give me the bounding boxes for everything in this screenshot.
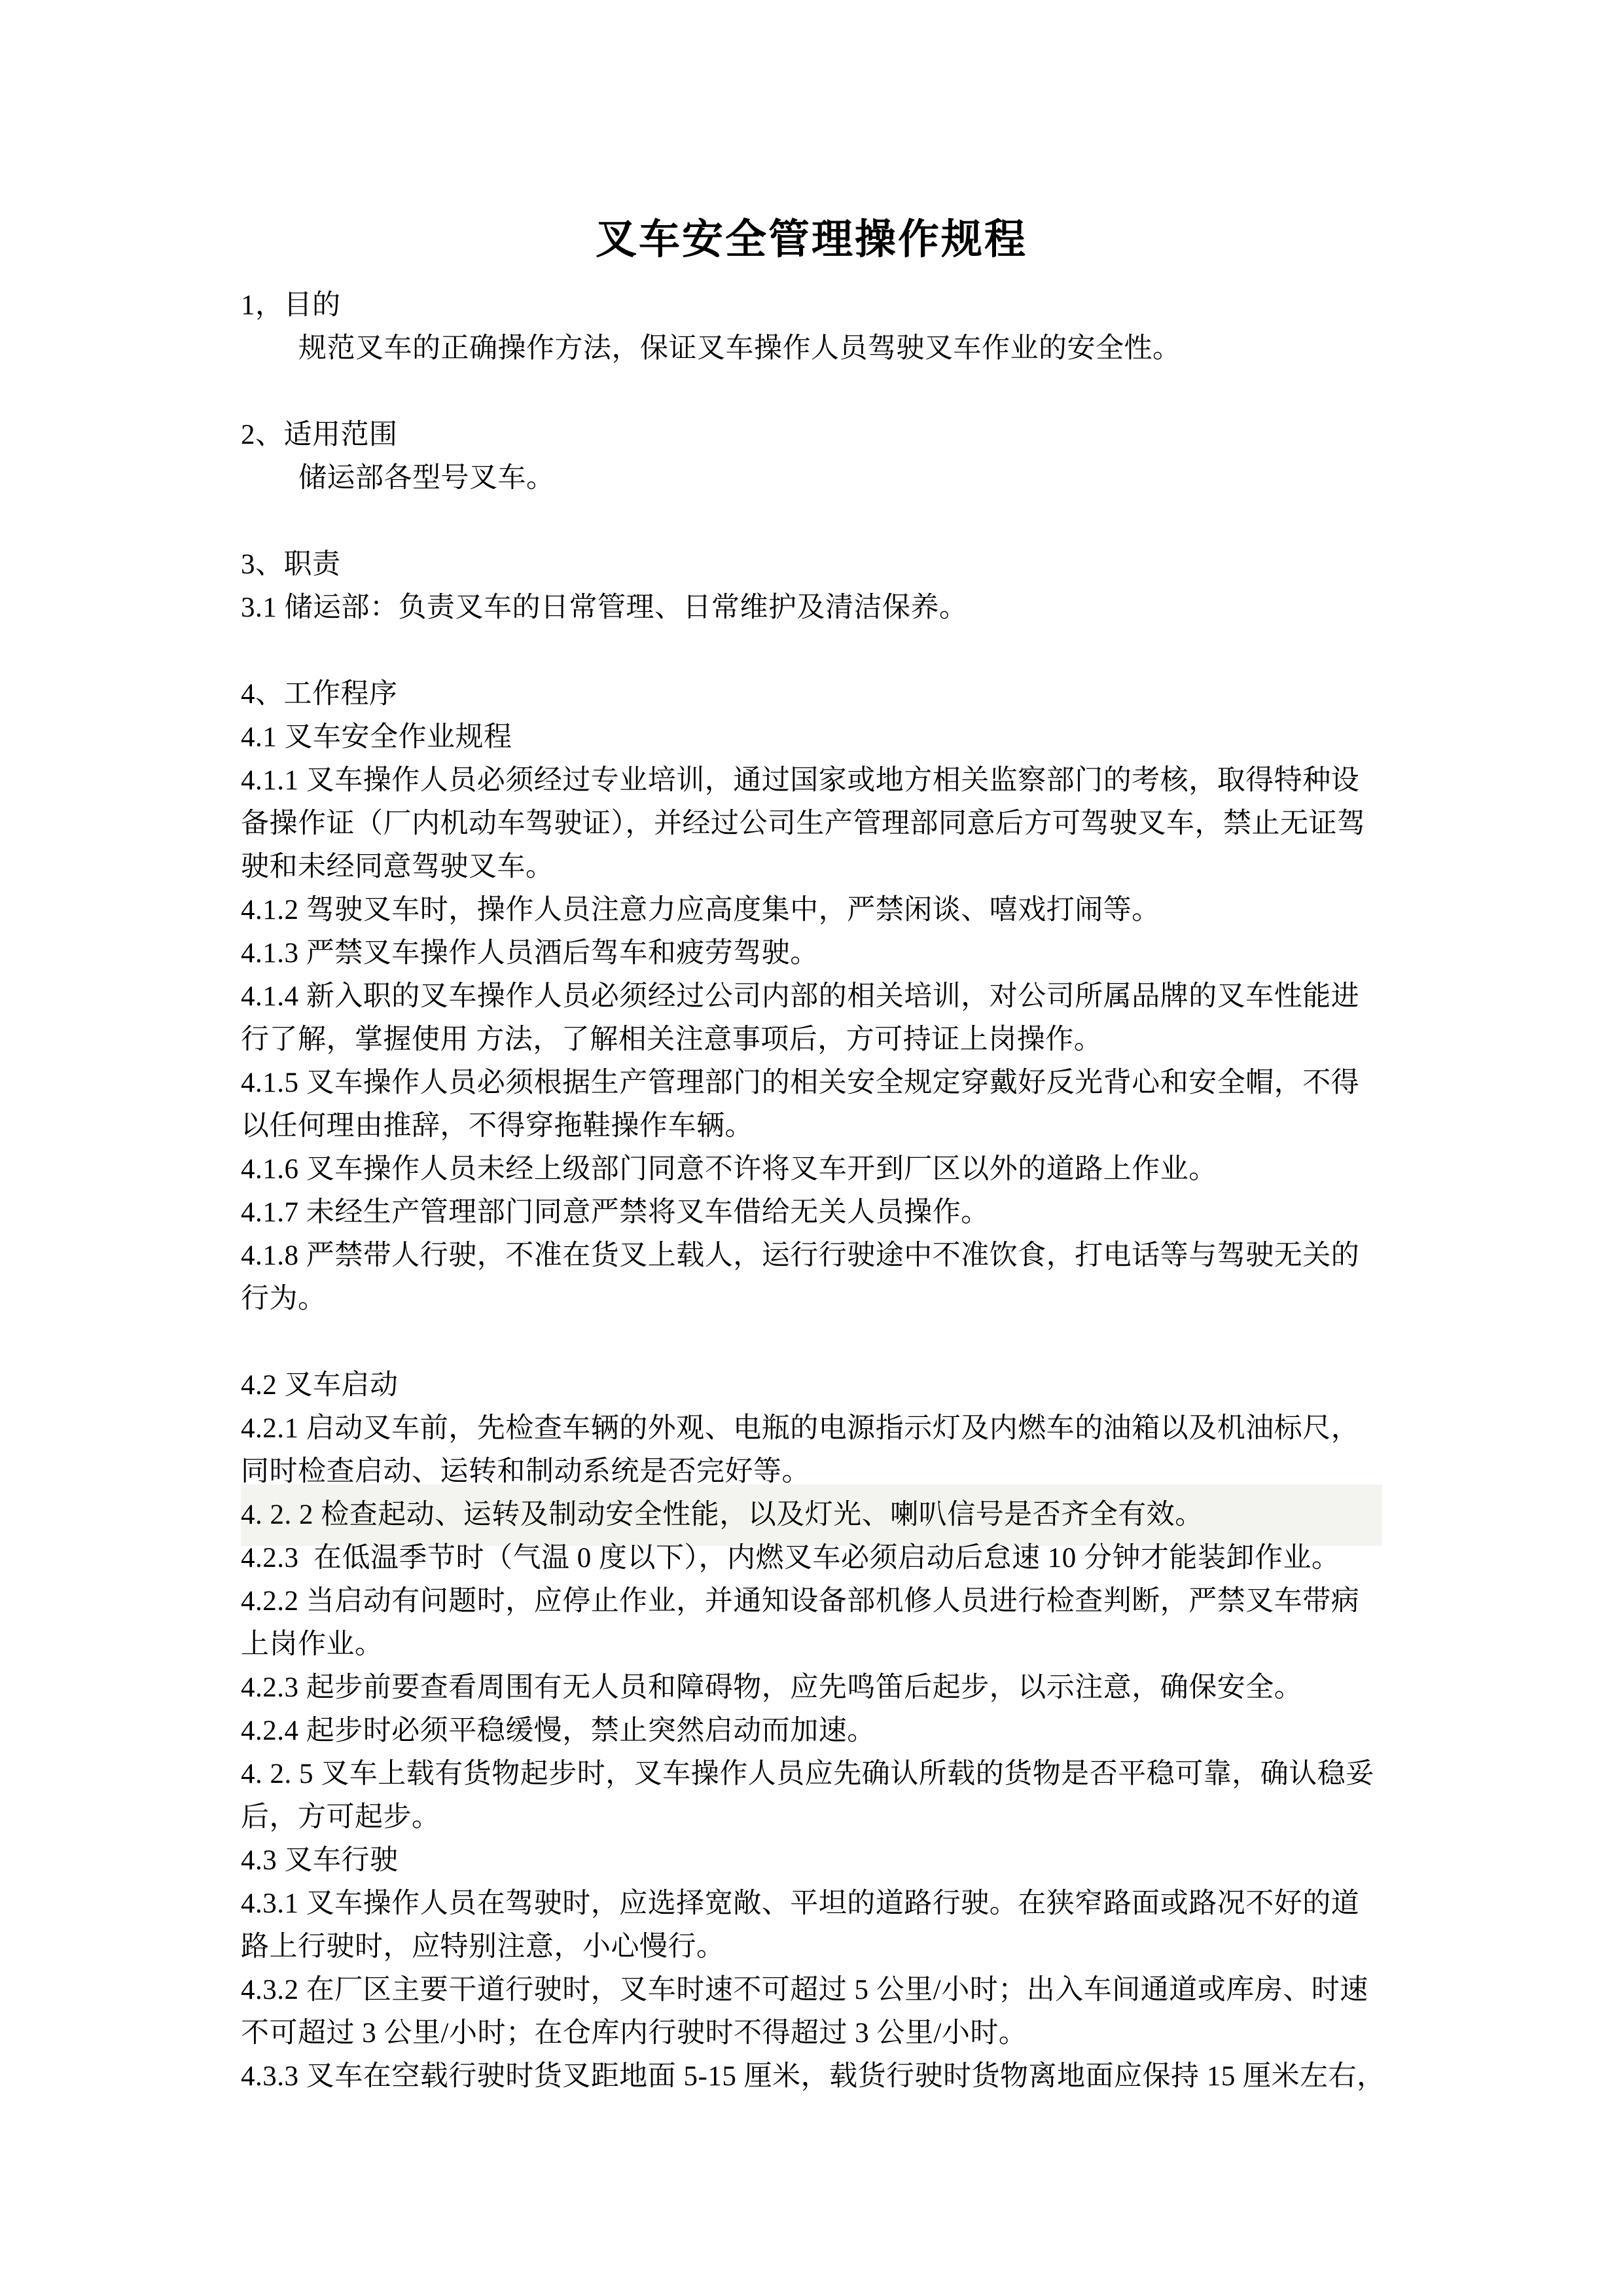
blank-line [241, 500, 1382, 543]
document-line: 4.1.7 未经生产管理部门同意严禁将叉车借给无关人员操作。 [241, 1191, 1382, 1234]
document-line: 4.1 叉车安全作业规程 [241, 716, 1382, 759]
document-line: 4、工作程序 [241, 673, 1382, 716]
document-line: 4.1.6 叉车操作人员未经上级部门同意不许将叉车开到厂区以外的道路上作业。 [241, 1148, 1382, 1191]
document-line: 4.2.3 起步前要查看周围有无人员和障碍物，应先鸣笛后起步，以示注意，确保安全… [241, 1666, 1382, 1710]
document-line: 4.1.3 严禁叉车操作人员酒后驾车和疲劳驾驶。 [241, 932, 1382, 975]
document-line: 4.2.2 当启动有问题时，应停止作业，并通知设备部机修人员进行检查判断，严禁叉… [241, 1580, 1382, 1623]
document-line: 上岗作业。 [241, 1623, 1382, 1666]
document-line: 4.1.8 严禁带人行驶，不准在货叉上载人，运行行驶途中不准饮食，打电话等与驾驶… [241, 1234, 1382, 1278]
document-line: 3、职责 [241, 543, 1382, 586]
document-line: 4.2.1 启动叉车前，先检查车辆的外观、电瓶的电源指示灯及内燃车的油箱以及机油… [241, 1407, 1382, 1450]
blank-line [241, 630, 1382, 673]
document-line: 储运部各型号叉车。 [241, 457, 1382, 500]
document-line: 4.1.4 新入职的叉车操作人员必须经过公司内部的相关培训，对公司所属品牌的叉车… [241, 975, 1382, 1018]
blank-line [241, 1321, 1382, 1364]
document-line: 行了解，掌握使用 方法，了解相关注意事项后，方可持证上岗操作。 [241, 1018, 1382, 1062]
document-title: 叉车安全管理操作规程 [241, 208, 1382, 271]
document-line: 规范叉车的正确操作方法，保证叉车操作人员驾驶叉车作业的安全性。 [241, 327, 1382, 370]
document-line: 3.1 储运部：负责叉车的日常管理、日常维护及清洁保养。 [241, 586, 1382, 630]
document-line: 4.3 叉车行驶 [241, 1839, 1382, 1882]
document-line: 4.2 叉车启动 [241, 1364, 1382, 1407]
document-page: 叉车安全管理操作规程 1，目的规范叉车的正确操作方法，保证叉车操作人员驾驶叉车作… [0, 0, 1623, 2296]
document-line: 路上行驶时，应特别注意，小心慢行。 [241, 1926, 1382, 1969]
document-line: 以任何理由推辞，不得穿拖鞋操作车辆。 [241, 1105, 1382, 1148]
document-line: 2、适用范围 [241, 414, 1382, 457]
document-line: 4.1.5 叉车操作人员必须根据生产管理部门的相关安全规定穿戴好反光背心和安全帽… [241, 1062, 1382, 1105]
document-line: 备操作证（厂内机动车驾驶证），并经过公司生产管理部同意后方可驾驶叉车，禁止无证驾 [241, 802, 1382, 846]
document-line: 4.2.3 在低温季节时（气温 0 度以下），内燃叉车必须启动后怠速 10 分钟… [241, 1537, 1382, 1580]
document-line: 1，目的 [241, 284, 1382, 327]
document-line: 4.3.3 叉车在空载行驶时货叉距地面 5-15 厘米，载货行驶时货物离地面应保… [241, 2055, 1382, 2098]
document-line: 4.3.2 在厂区主要干道行驶时，叉车时速不可超过 5 公里/小时；出入车间通道… [241, 1969, 1382, 2012]
document-line: 4. 2. 5 叉车上载有货物起步时，叉车操作人员应先确认所载的货物是否平稳可靠… [241, 1753, 1382, 1796]
document-line: 后，方可起步。 [241, 1796, 1382, 1839]
blank-line [241, 370, 1382, 414]
document-body: 1，目的规范叉车的正确操作方法，保证叉车操作人员驾驶叉车作业的安全性。 2、适用… [241, 284, 1382, 2098]
document-line: 驶和未经同意驾驶叉车。 [241, 846, 1382, 889]
document-line: 4.2.4 起步时必须平稳缓慢，禁止突然启动而加速。 [241, 1710, 1382, 1753]
document-line: 不可超过 3 公里/小时；在仓库内行驶时不得超过 3 公里/小时。 [241, 2012, 1382, 2055]
document-line: 4.3.1 叉车操作人员在驾驶时，应选择宽敞、平坦的道路行驶。在狭窄路面或路况不… [241, 1882, 1382, 1926]
document-line: 4.1.1 叉车操作人员必须经过专业培训，通过国家或地方相关监察部门的考核，取得… [241, 759, 1382, 802]
document-line: 行为。 [241, 1278, 1382, 1321]
document-line: 4.1.2 驾驶叉车时，操作人员注意力应高度集中，严禁闲谈、嘻戏打闹等。 [241, 889, 1382, 932]
